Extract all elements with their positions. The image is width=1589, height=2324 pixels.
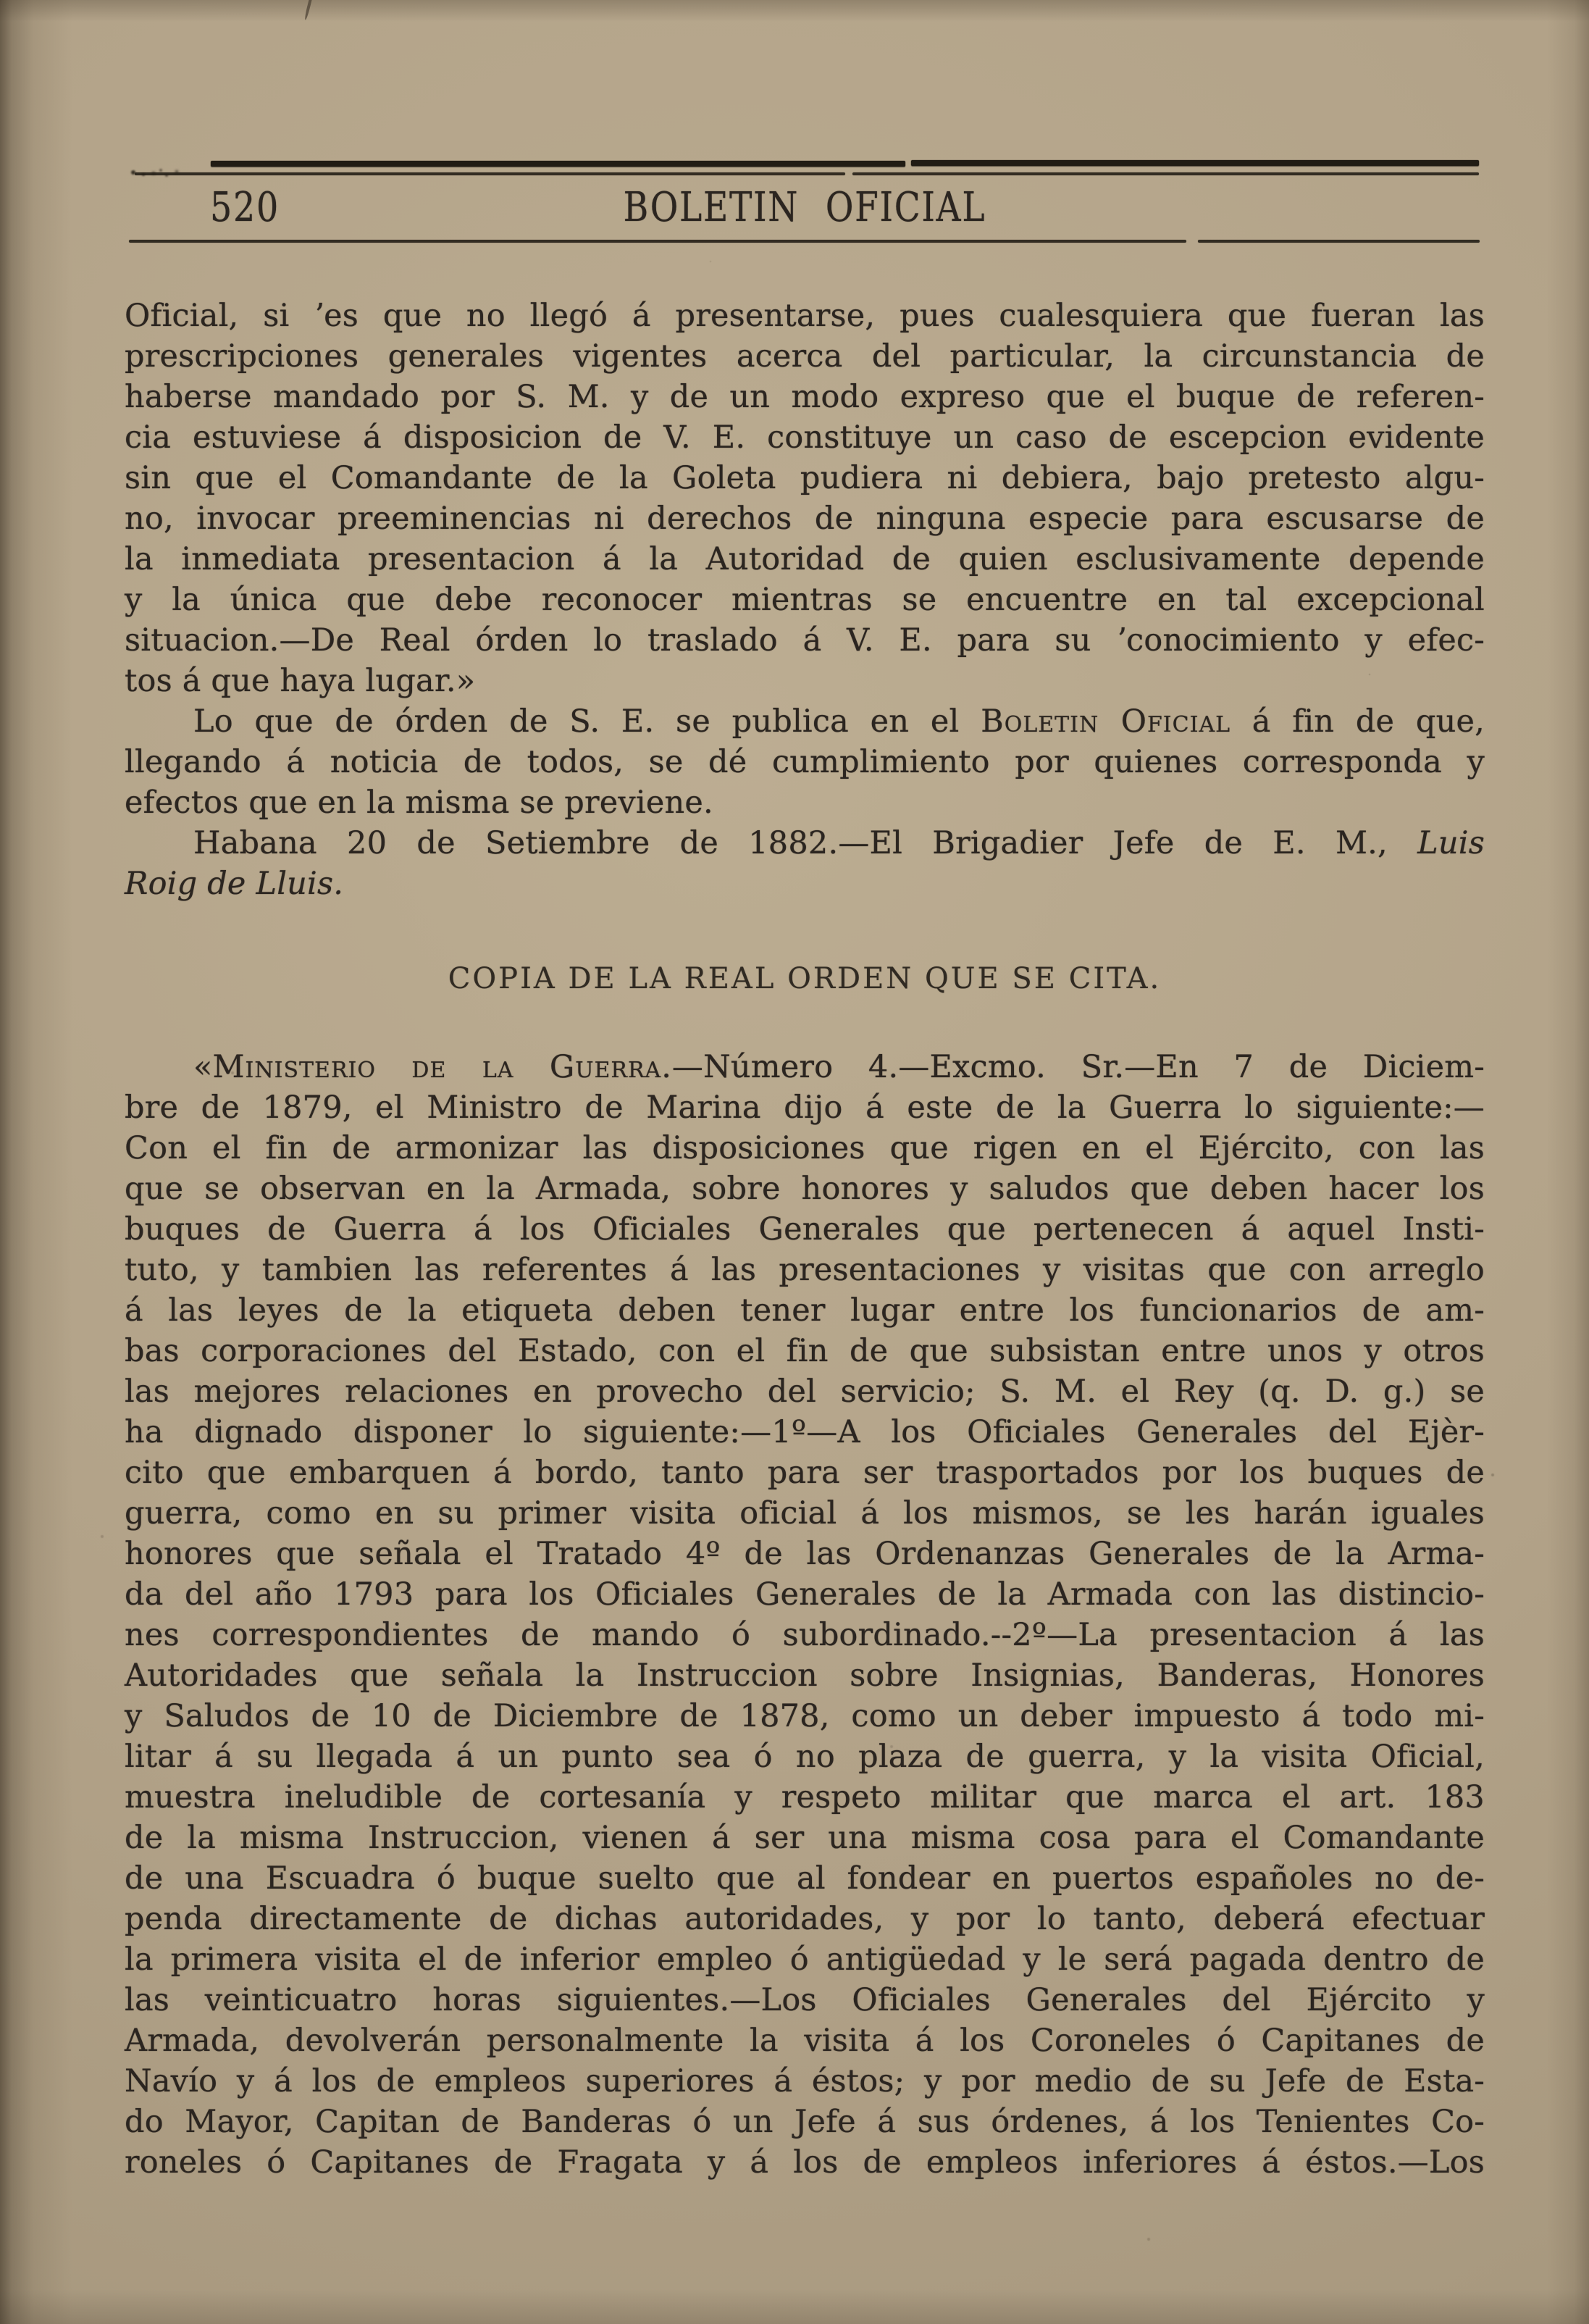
stray-ink-mark (304, 0, 314, 20)
text-line: cia estuviese á disposicion de V. E. con… (125, 417, 1485, 458)
header-rule-thin-left (135, 172, 845, 175)
text-line: ha dignado disponer lo siguiente:—1º—A l… (125, 1412, 1485, 1452)
text-line: haberse mandado por S. M. y de un modo e… (125, 377, 1485, 417)
ink-blot (129, 164, 135, 170)
text-line: las veinticuatro horas siguientes.—Los O… (125, 1980, 1485, 2020)
text-line: situacion.—De Real órden lo traslado á V… (125, 620, 1485, 661)
text-line: llegando á noticia de todos, se dé cumpl… (125, 742, 1485, 782)
text-line: que se observan en la Armada, sobre hono… (125, 1169, 1485, 1209)
text-line: bas corporaciones del Estado, con el fin… (125, 1331, 1485, 1371)
text-line: prescripciones generales vigentes acerca… (125, 336, 1485, 377)
text-line: Oficial, si ʼes que no llegó á presentar… (125, 296, 1485, 336)
order-transcript-continuation: Oficial, si ʼes que no llegó á presentar… (125, 296, 1485, 701)
header-divider-right (1198, 240, 1480, 243)
header-rule-thick-right (911, 160, 1479, 166)
text-line: de una Escuadra ó buque suelto que al fo… (125, 1858, 1485, 1899)
header-rule-thin-right (852, 172, 1479, 175)
text-line: y la única que debe reconocer mientras s… (125, 580, 1485, 620)
text-line: roneles ó Capitanes de Fragata y á los d… (125, 2142, 1485, 2183)
text-line: do Mayor, Capitan de Banderas ó un Jefe … (125, 2102, 1485, 2142)
text-line: cito que embarquen á bordo, tanto para s… (125, 1452, 1485, 1493)
text-line: y Saludos de 10 de Diciembre de 1878, co… (125, 1696, 1485, 1736)
text-line: litar á su llegada á un punto sea ó no p… (125, 1736, 1485, 1777)
header-divider-left (129, 240, 1186, 243)
text-line: muestra ineludible de cortesanía y respe… (125, 1777, 1485, 1818)
section-heading: COPIA DE LA REAL ORDEN QUE SE CITA. (125, 958, 1485, 999)
royal-order-block: «Ministerio de la Guerra.—Número 4.—Excm… (125, 1047, 1485, 2183)
scanned-page: 520 BOLETIN OFICIAL Oficial, si ʼes que … (0, 0, 1589, 2324)
text-line: Autoridades que señala la Instruccion so… (125, 1655, 1485, 1696)
text-line: Con el fin de armonizar las disposicione… (125, 1128, 1485, 1169)
text-line: da del año 1793 para los Oficiales Gener… (125, 1574, 1485, 1615)
text-line: Armada, devolverán personalmente la visi… (125, 2020, 1485, 2061)
page-body: Oficial, si ʼes que no llegó á presentar… (125, 296, 1485, 2183)
text-line: Roig de Lluis. (125, 864, 1485, 904)
text-line: á las leyes de la etiqueta deben tener l… (125, 1290, 1485, 1331)
text-line: de la misma Instruccion, vienen á ser un… (125, 1818, 1485, 1858)
header-row: 520 BOLETIN OFICIAL (125, 187, 1485, 230)
text-line: Navío y á los de empleos superiores á és… (125, 2061, 1485, 2102)
paper-speckles (0, 0, 1, 1)
masthead: BOLETIN OFICIAL (125, 187, 1485, 238)
text-line: tuto, y tambien las referentes á las pre… (125, 1250, 1485, 1290)
text-line: honores que señala el Tratado 4º de las … (125, 1534, 1485, 1574)
publication-note: Lo que de órden de S. E. se publica en e… (125, 701, 1485, 823)
page-number: 520 (210, 187, 280, 229)
text-line: penda directamente de dichas autoridades… (125, 1899, 1485, 1939)
header-rule-thick-left (211, 161, 905, 167)
text-line: nes correspondientes de mando ó subordin… (125, 1615, 1485, 1655)
masthead-title: BOLETIN OFICIAL (624, 187, 986, 229)
text-line: guerra, como en su primer visita oficial… (125, 1493, 1485, 1534)
order-text-block: Oficial, si ʼes que no llegó á presentar… (125, 296, 1485, 904)
text-line: Lo que de órden de S. E. se publica en e… (125, 701, 1485, 742)
text-line: bre de 1879, el Ministro de Marina dijo … (125, 1087, 1485, 1128)
text-line: buques de Guerra á los Oficiales General… (125, 1209, 1485, 1250)
text-line: las mejores relaciones en provecho del s… (125, 1371, 1485, 1412)
text-line: no, invocar preeminencias ni derechos de… (125, 498, 1485, 539)
text-line: efectos que en la misma se previene. (125, 782, 1485, 823)
text-line: «Ministerio de la Guerra.—Número 4.—Excm… (125, 1047, 1485, 1087)
text-line: la inmediata presentacion á la Autoridad… (125, 539, 1485, 580)
royal-order-copy: «Ministerio de la Guerra.—Número 4.—Excm… (125, 1047, 1485, 2183)
text-line: tos á que haya lugar.» (125, 661, 1485, 701)
text-line: sin que el Comandante de la Goleta pudie… (125, 458, 1485, 498)
text-line: Habana 20 de Setiembre de 1882.—El Briga… (125, 823, 1485, 864)
text-line: la primera visita el de inferior empleo … (125, 1939, 1485, 1980)
signature-line: Habana 20 de Setiembre de 1882.—El Briga… (125, 823, 1485, 904)
